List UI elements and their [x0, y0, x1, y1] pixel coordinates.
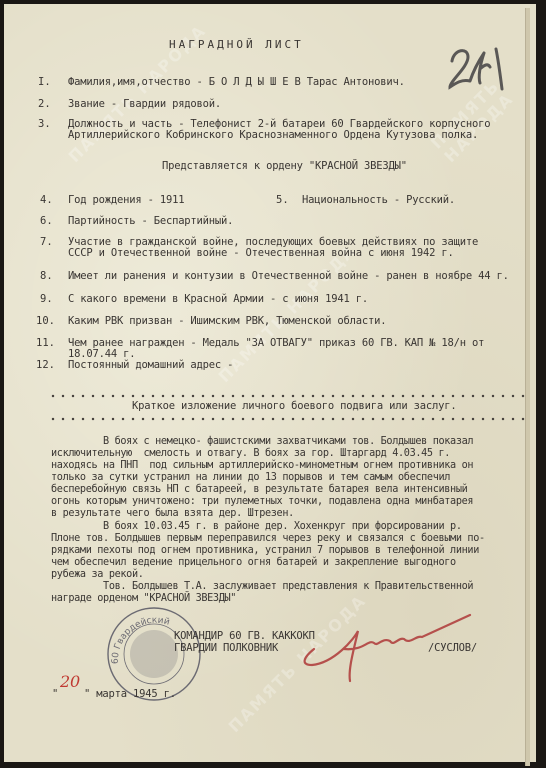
- field-wounds: Имеет ли ранения и контузии в Отечествен…: [68, 270, 509, 282]
- summary-line: бесперебойную связь НП с батареей, в рез…: [51, 484, 467, 496]
- date-day: 20: [60, 676, 80, 688]
- summary-line: только за сутки устранил на линии до 13 …: [51, 472, 450, 484]
- summary-line: Тов. Болдышев Т.А. заслуживает представл…: [51, 581, 473, 593]
- field-number: 9.: [40, 293, 53, 305]
- summary-line: исключительную смелость и отвагу. В боях…: [51, 448, 450, 460]
- dotted-divider: [48, 394, 528, 398]
- summary-line: чем обеспечил ведение прицельного огня б…: [51, 557, 456, 569]
- summary-heading: Краткое изложение личного боевого подвиг…: [132, 400, 456, 412]
- field-position-cont: Артиллерийского Кобринского Краснознамен…: [68, 129, 478, 141]
- field-number: 6.: [40, 215, 53, 227]
- field-number: 10.: [36, 315, 55, 327]
- field-number: 7.: [40, 236, 53, 248]
- handwritten-number: [444, 39, 514, 99]
- field-number: 11.: [36, 337, 55, 349]
- field-number: 2.: [38, 98, 51, 110]
- summary-line: находясь на ПНП под сильным артиллерийск…: [51, 460, 473, 472]
- field-nationality: Национальность - Русский.: [302, 194, 455, 206]
- paper-edge: [525, 8, 530, 766]
- field-number: I.: [38, 76, 51, 88]
- field-name: Фамилия,имя,отчество - Б О Л Д Ы Ш Е В Т…: [68, 76, 405, 88]
- field-birth-year: Год рождения - 1911: [68, 194, 184, 206]
- field-army-since: С какого времени в Красной Армии - с июн…: [68, 293, 368, 305]
- award-sheet: ПАМЯТЬ НАРОДА ПАМЯТЬ НАРОДА ПАМЯТЬ НАРОД…: [4, 4, 536, 762]
- field-rank: Звание - Гвардии рядовой.: [68, 98, 221, 110]
- watermark: ПАМЯТЬ НАРОДА: [215, 241, 360, 386]
- commander-name: /СУСЛОВ/: [428, 642, 477, 654]
- date-open-quote: ": [52, 688, 58, 700]
- summary-line: В боях 10.03.45 г. в районе дер. Хохенкр…: [51, 521, 462, 533]
- summary-line: в результате чего была взята дер. Штрезе…: [51, 508, 294, 520]
- field-home-address: Постоянный домашний адрес -: [68, 359, 233, 371]
- summary-line: Плоне тов. Болдышев первым переправился …: [51, 533, 485, 545]
- summary-line: В боях с немецко- фашистскими захватчика…: [51, 436, 473, 448]
- summary-line: рубежа за рекой.: [51, 569, 144, 581]
- field-war-participation-cont: СССР и Отечественной войне - Отечественн…: [68, 247, 454, 259]
- field-party: Партийность - Беспартийный.: [68, 215, 233, 227]
- date-rest: " марта 1945 г.: [84, 688, 176, 700]
- field-number: 5.: [276, 194, 289, 206]
- summary-line: огонь которым уничтожено: три пулеметных…: [51, 496, 473, 508]
- summary-line: рядками пехоты под огнем противника, уст…: [51, 545, 479, 557]
- field-drafted-by: Каким РВК призван - Ишимским РВК, Тюменс…: [68, 315, 386, 327]
- presented-to: Представляется к ордену "КРАСНОЙ ЗВЕЗДЫ": [162, 160, 407, 172]
- field-number: 3.: [38, 118, 51, 130]
- commander-rank: ГВАРДИИ ПОЛКОВНИК: [174, 642, 278, 654]
- dotted-divider: [48, 417, 528, 421]
- field-number: 4.: [40, 194, 53, 206]
- field-number: 12.: [36, 359, 55, 371]
- field-number: 8.: [40, 270, 53, 282]
- document-title: НАГРАДНОЙ ЛИСТ: [169, 39, 304, 51]
